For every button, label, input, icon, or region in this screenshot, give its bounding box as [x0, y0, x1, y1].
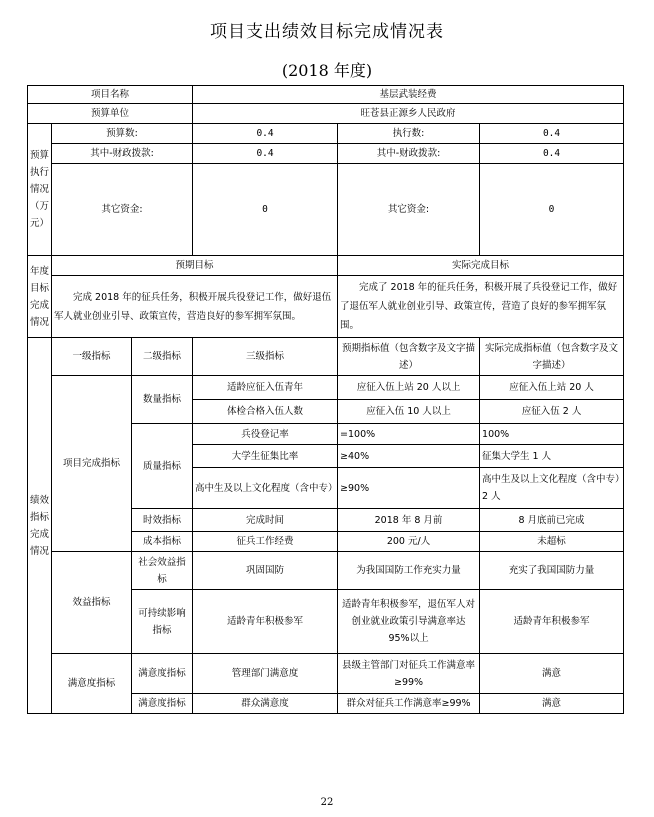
quantity-indicator: 数量指标: [132, 376, 193, 424]
satisfaction-indicator: 满意度指标: [132, 694, 193, 714]
other-funds-exec-label: 其它资金:: [338, 164, 480, 256]
other-funds-exec-value: 0: [480, 164, 624, 256]
expected-value-header: 预期指标值（包含数字及文字描述）: [338, 338, 480, 376]
indicator-actual: 应征入伍上站 20 人: [480, 376, 624, 400]
budget-amount-value: 0.4: [193, 124, 338, 144]
indicator-actual: 适龄青年积极参军: [480, 590, 624, 654]
indicator-level3: 巩固国防: [193, 552, 338, 590]
actual-goal-text: 完成了 2018 年的征兵任务，积极开展了兵役登记工作，做好了退伍军人就业创业引…: [338, 276, 624, 338]
indicator-expected: 县级主管部门对征兵工作满意率≥99%: [338, 654, 480, 694]
page-number: 22: [0, 797, 654, 808]
level1-header: 一级指标: [52, 338, 132, 376]
cost-indicator: 成本指标: [132, 532, 193, 552]
sustainable-impact-indicator: 可持续影响指标: [132, 590, 193, 654]
indicator-expected: 2018 年 8 月前: [338, 509, 480, 532]
benefit-group: 效益指标: [52, 552, 132, 654]
level3-header: 三级指标: [193, 338, 338, 376]
fiscal-allocation-exec-value: 0.4: [480, 144, 624, 164]
indicator-expected: 为我国国防工作充实力量: [338, 552, 480, 590]
document-title: 项目支出绩效目标完成情况表: [0, 17, 654, 42]
indicator-level3: 体检合格入伍人数: [193, 400, 338, 424]
quality-indicator: 质量指标: [132, 424, 193, 509]
project-name-value: 基层武装经费: [193, 86, 624, 104]
satisfaction-group: 满意度指标: [52, 654, 132, 714]
other-funds-label: 其它资金:: [52, 164, 193, 256]
budget-unit-value: 旺苍县正源乡人民政府: [193, 104, 624, 124]
indicator-level3: 高中生及以上文化程度（含中专）: [193, 468, 338, 509]
indicator-actual: 未超标: [480, 532, 624, 552]
indicator-expected: 应征入伍 10 人以上: [338, 400, 480, 424]
satisfaction-indicator: 满意度指标: [132, 654, 193, 694]
indicator-level3: 大学生征集比率: [193, 445, 338, 468]
indicator-expected: 适龄青年积极参军，退伍军人对创业就业政策引导满意率达 95%以上: [338, 590, 480, 654]
indicator-actual: 充实了我国国防力量: [480, 552, 624, 590]
indicator-expected: 群众对征兵工作满意率≥99%: [338, 694, 480, 714]
budget-unit-label: 预算单位: [28, 104, 193, 124]
indicator-expected: ≥40%: [338, 445, 480, 468]
annual-goals-label: 年度目标完成情况: [28, 256, 52, 338]
indicator-level3: 适龄青年积极参军: [193, 590, 338, 654]
indicator-actual: 高中生及以上文化程度（含中专）2 人: [480, 468, 624, 509]
indicator-actual: 8 月底前已完成: [480, 509, 624, 532]
actual-value-header: 实际完成指标值（包含数字及文字描述）: [480, 338, 624, 376]
actual-goal-header: 实际完成目标: [338, 256, 624, 276]
document-year: (2018 年度): [0, 58, 654, 81]
indicator-actual: 征集大学生 1 人: [480, 445, 624, 468]
indicator-actual: 满意: [480, 694, 624, 714]
budget-execution-label: 预算执行情况（万元）: [28, 124, 52, 256]
fiscal-allocation-label: 其中-财政拨款:: [52, 144, 193, 164]
indicator-level3: 兵役登记率: [193, 424, 338, 445]
indicator-expected: 应征入伍上站 20 人以上: [338, 376, 480, 400]
execution-amount-label: 执行数:: [338, 124, 480, 144]
timeliness-indicator: 时效指标: [132, 509, 193, 532]
performance-table: 项目名称 基层武装经费 预算单位 旺苍县正源乡人民政府 预算执行情况（万元） 预…: [27, 85, 624, 714]
indicator-expected: =100%: [338, 424, 480, 445]
indicator-actual: 100%: [480, 424, 624, 445]
expected-goal-text: 完成 2018 年的征兵任务，积极开展兵役登记工作，做好退伍军人就业创业引导、政…: [52, 276, 338, 338]
fiscal-allocation-exec-label: 其中-财政拨款:: [338, 144, 480, 164]
project-name-label: 项目名称: [28, 86, 193, 104]
budget-amount-label: 预算数:: [52, 124, 193, 144]
indicator-level3: 群众满意度: [193, 694, 338, 714]
fiscal-allocation-budget-value: 0.4: [193, 144, 338, 164]
level2-header: 二级指标: [132, 338, 193, 376]
indicator-actual: 应征入伍 2 人: [480, 400, 624, 424]
indicator-level3: 完成时间: [193, 509, 338, 532]
indicators-section-label: 绩效指标完成情况: [28, 338, 52, 714]
indicator-level3: 适龄应征入伍青年: [193, 376, 338, 400]
indicator-expected: ≥90%: [338, 468, 480, 509]
indicator-actual: 满意: [480, 654, 624, 694]
indicator-expected: 200 元/人: [338, 532, 480, 552]
other-funds-budget-value: 0: [193, 164, 338, 256]
expected-goal-header: 预期目标: [52, 256, 338, 276]
indicator-level3: 管理部门满意度: [193, 654, 338, 694]
project-completion-group: 项目完成指标: [52, 376, 132, 552]
indicator-level3: 征兵工作经费: [193, 532, 338, 552]
social-benefit-indicator: 社会效益指标: [132, 552, 193, 590]
execution-amount-value: 0.4: [480, 124, 624, 144]
